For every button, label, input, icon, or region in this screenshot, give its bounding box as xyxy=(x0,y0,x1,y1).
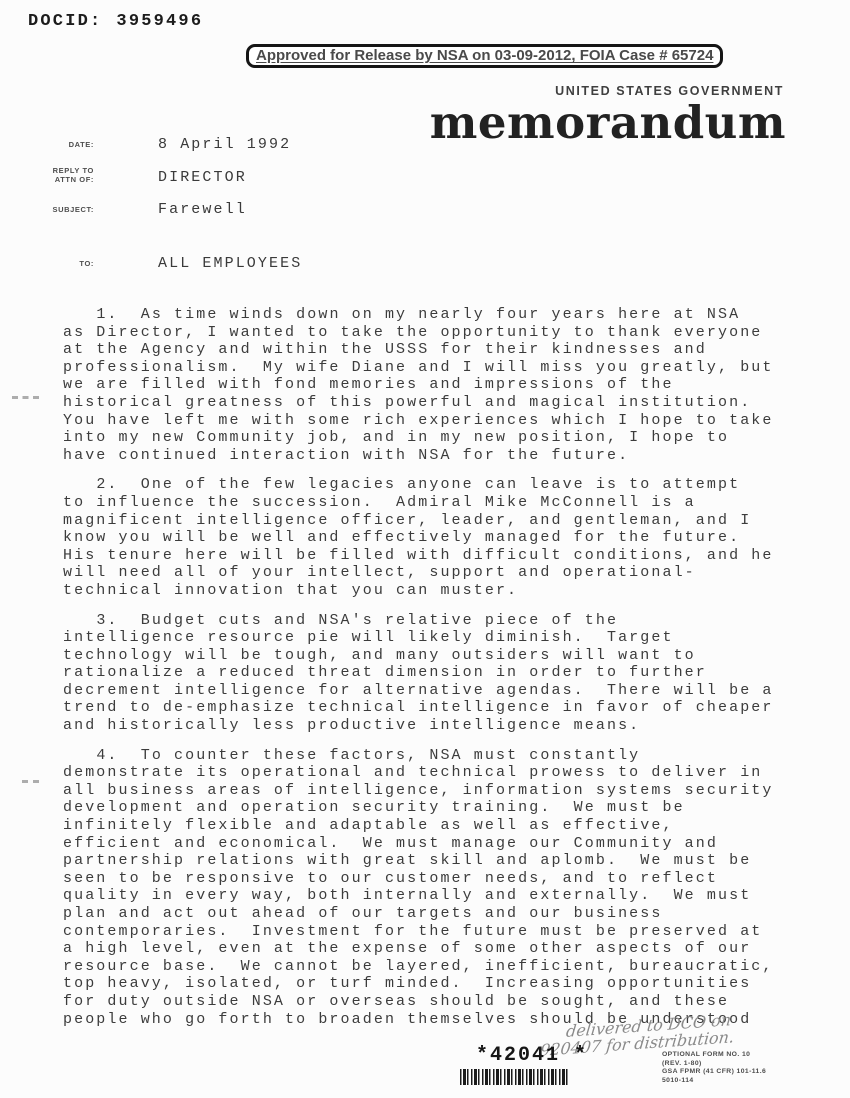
form-imprint-line4: 5010-114 xyxy=(662,1077,766,1086)
scan-artifact-dash xyxy=(22,780,39,783)
body-paragraph-4: 4. To counter these factors, NSA must co… xyxy=(63,747,808,1029)
form-imprint-line2: (REV. 1-80) xyxy=(662,1060,766,1069)
docid-number: 3959496 xyxy=(116,12,203,31)
docid-label: DOCID: xyxy=(28,12,102,31)
body-paragraph-3: 3. Budget cuts and NSA's relative piece … xyxy=(63,612,808,735)
to-value: ALL EMPLOYEES xyxy=(158,255,302,272)
stamp-number: *42041 * xyxy=(476,1044,588,1067)
memorandum-title: memorandum xyxy=(430,96,786,149)
docid-line: DOCID:3959496 xyxy=(28,12,203,31)
scan-artifact-dash xyxy=(12,396,39,399)
to-label: TO: xyxy=(18,260,94,269)
subject-value: Farewell xyxy=(158,201,247,218)
form-imprint-line3: GSA FPMR (41 CFR) 101-11.6 xyxy=(662,1068,766,1077)
foia-release-banner: Approved for Release by NSA on 03-09-201… xyxy=(246,44,723,68)
memorandum-page: DOCID:3959496 Approved for Release by NS… xyxy=(0,0,850,1098)
body-paragraph-2: 2. One of the few legacies anyone can le… xyxy=(63,476,808,599)
body-paragraph-1: 1. As time winds down on my nearly four … xyxy=(63,306,808,464)
form-imprint-line1: OPTIONAL FORM NO. 10 xyxy=(662,1051,766,1060)
reply-to-label: REPLY TO ATTN OF: xyxy=(18,167,94,184)
date-label: DATE: xyxy=(18,141,94,150)
reply-to-label-line2: ATTN OF: xyxy=(55,175,94,184)
reply-to-value: DIRECTOR xyxy=(158,169,247,186)
barcode xyxy=(460,1069,570,1085)
date-value: 8 April 1992 xyxy=(158,136,291,153)
memo-body: 1. As time winds down on my nearly four … xyxy=(63,306,808,1040)
form-imprint: OPTIONAL FORM NO. 10 (REV. 1-80) GSA FPM… xyxy=(662,1051,766,1085)
subject-label: SUBJECT: xyxy=(18,206,94,215)
